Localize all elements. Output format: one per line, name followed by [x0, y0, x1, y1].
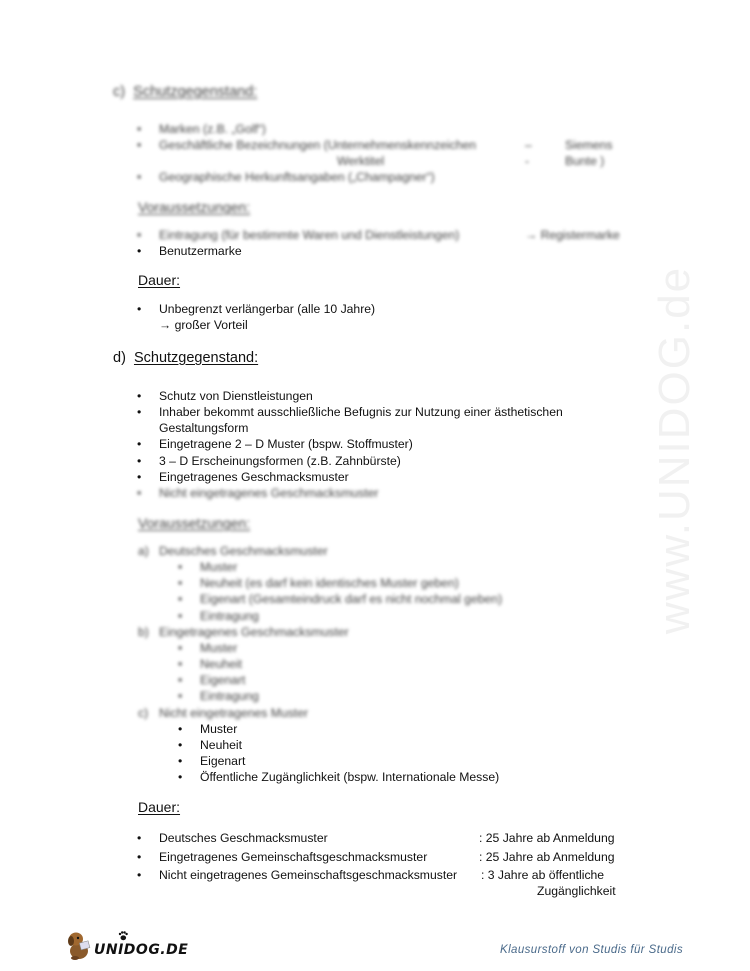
dash: -: [525, 154, 529, 168]
section-d-label: d): [113, 350, 126, 366]
list-item: Eingetragenes Geschmacksmuster: [159, 470, 349, 484]
dauer-row-value: : 3 Jahre ab öffentliche: [481, 868, 604, 882]
list-item: Eintragung: [200, 689, 259, 703]
list-item: Muster: [200, 560, 237, 574]
dauer-heading: Dauer:: [138, 799, 180, 815]
section-c-label: c): [113, 84, 125, 100]
list-item: Eingetragene 2 – D Muster (bspw. Stoffmu…: [159, 437, 413, 451]
list-item: 3 – D Erscheinungsformen (z.B. Zahnbürst…: [159, 454, 401, 468]
voraussetzungen-heading: Voraussetzungen:: [138, 199, 250, 215]
list-item: Geographische Herkunftsangaben („Champag…: [159, 170, 435, 184]
dog-icon: [66, 930, 92, 960]
werktitel: Werktitel: [337, 154, 384, 168]
section-d-title: Schutzgegenstand:: [134, 350, 258, 366]
dash: –: [525, 138, 532, 152]
dauer-row-name: Eingetragenes Gemeinschaftsgeschmacksmus…: [159, 850, 427, 864]
dauer-row-continuation: Zugänglichkeit: [537, 884, 616, 898]
dauer-row-value: : 25 Jahre ab Anmeldung: [479, 850, 615, 864]
logo-text: UNIDOG.DE: [94, 942, 188, 958]
list-item: Öffentliche Zugänglichkeit (bspw. Intern…: [200, 770, 499, 784]
paw-icon: [118, 931, 128, 941]
group-b-title: Eingetragenes Geschmacksmuster: [159, 625, 349, 639]
section-d-heading: d) Schutzgegenstand:: [113, 350, 258, 366]
dauer-row-name: Nicht eingetragenes Gemeinschaftsgeschma…: [159, 868, 457, 882]
group-b-label: b): [138, 625, 149, 639]
voraussetzungen-heading: Voraussetzungen:: [138, 515, 250, 531]
watermark: www.UNIDOG.de: [650, 220, 700, 680]
dauer-row-name: Deutsches Geschmacksmuster: [159, 831, 328, 845]
list-item: Muster: [200, 722, 237, 736]
list-item: Eigenart (Gesamteindruck darf es nicht n…: [200, 592, 502, 606]
list-item: Neuheit: [200, 738, 242, 752]
registermarke: → Registermarke: [525, 228, 620, 242]
group-a-label: a): [138, 544, 149, 558]
group-a-title: Deutsches Geschmacksmuster: [159, 544, 328, 558]
section-c-heading: c) Schutzgegenstand:: [113, 84, 257, 100]
list-item: Eigenart: [200, 754, 245, 768]
list-item: Marken (z.B. „Golf“): [159, 122, 266, 136]
list-item-continuation: Gestaltungsform: [159, 421, 248, 435]
list-item: Neuheit (es darf kein identisches Muster…: [200, 576, 459, 590]
list-item: Eigenart: [200, 673, 245, 687]
list-item: Unbegrenzt verlängerbar (alle 10 Jahre): [159, 302, 375, 316]
dauer-row-value: : 25 Jahre ab Anmeldung: [479, 831, 615, 845]
list-item: Eintragung: [200, 609, 259, 623]
list-item: Nicht eingetragenes Geschmacksmuster: [159, 486, 378, 500]
list-item: Muster: [200, 641, 237, 655]
dauer-note: → großer Vorteil: [159, 318, 248, 332]
list-item: Eintragung (für bestimmte Waren und Dien…: [159, 228, 459, 242]
example-bunte: Bunte ): [565, 154, 604, 168]
list-item: Schutz von Dienstleistungen: [159, 389, 313, 403]
list-item: Inhaber bekommt ausschließliche Befugnis…: [159, 405, 563, 419]
footer-tagline: Klausurstoff von Studis für Studis: [500, 944, 683, 956]
list-item: Geschäftliche Bezeichnungen (Unternehmen…: [159, 138, 476, 152]
group-c-title: Nicht eingetragenes Muster: [159, 706, 308, 720]
example-siemens: Siemens: [565, 138, 612, 152]
list-item: Neuheit: [200, 657, 242, 671]
section-c-title: Schutzgegenstand:: [133, 84, 257, 100]
list-item: Benutzermarke: [159, 244, 242, 258]
group-c-label: c): [138, 706, 148, 720]
dauer-heading: Dauer:: [138, 272, 180, 288]
